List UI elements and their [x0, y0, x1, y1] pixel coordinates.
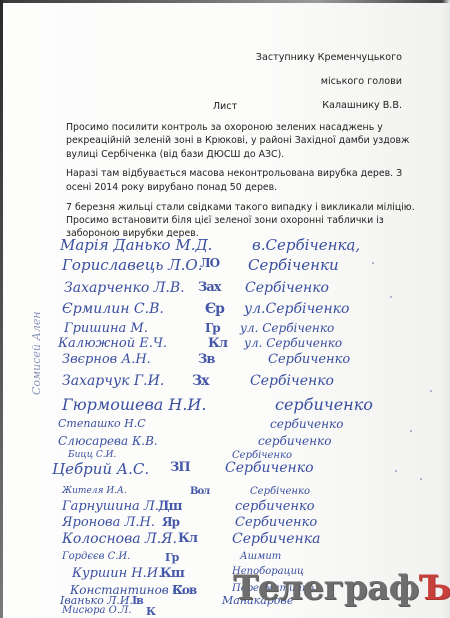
signature-mark: Ков — [172, 583, 196, 597]
signatory-name: Куршин Н.И. — [72, 566, 162, 581]
signatory-name: Єрмилин С.В. — [62, 301, 164, 317]
signature-mark: Ів — [132, 594, 143, 607]
signatory-name: Степашко Н.С — [58, 417, 146, 430]
signatory-street: Сербіченки — [248, 256, 339, 274]
signatory-name: Гориславець Л.О. — [62, 256, 202, 274]
signatory-street: Сербиченко — [235, 515, 317, 530]
signatory-street: ул. Сербіченко — [240, 321, 334, 335]
signature-mark: К — [146, 605, 155, 618]
signatory-name: Марія Данько М.Д. — [60, 236, 212, 254]
signatory-name: Калюжной Е.Ч. — [58, 336, 167, 351]
watermark-main: Телеграф — [233, 568, 419, 608]
signatory-name: Захарчук Г.И. — [62, 373, 164, 389]
signature-mark: Вол — [190, 486, 209, 497]
scan-speckle — [352, 250, 354, 252]
signatory-street: Сербиченко — [225, 460, 314, 476]
signature-mark: Гр — [205, 321, 220, 335]
signatory-name: Мисюра О.Л. — [62, 605, 132, 616]
signatory-street: Ашмит — [240, 551, 281, 562]
signature-mark: Зв — [198, 352, 214, 367]
signatory-name: Звєрнов А.Н. — [62, 352, 151, 367]
scan-speckle — [420, 478, 422, 480]
signatory-name: Слюсарева К.В. — [58, 434, 158, 448]
signature-mark: Гр — [165, 551, 178, 564]
margin-handwritten-note: Сомисей Ален — [30, 311, 43, 395]
signatory-street: Сербіченко — [250, 373, 334, 389]
signature-mark: Кл — [178, 531, 197, 546]
signature-list: Марія Данько М.Д. в.Сербіченка, Горислав… — [0, 0, 450, 618]
scan-speckle — [395, 470, 397, 472]
signatory-name: Яронова Л.Н. — [62, 515, 155, 530]
signatory-street: сербиченко — [275, 395, 373, 414]
signatory-street: сербиченко — [270, 417, 343, 431]
signatory-name: Колоснова Л.Я. — [62, 531, 177, 547]
signatory-name: Цебрий А.С. — [52, 460, 149, 478]
scan-speckle — [410, 430, 412, 432]
telegraf-watermark-logo: ТелеграфЪ — [233, 570, 450, 606]
signature-mark: ЛО — [200, 256, 219, 270]
signatory-street: Сербіченко — [245, 280, 329, 296]
signatory-street: сербиченко — [258, 434, 331, 448]
signatory-name: Жителя И.А. — [62, 486, 127, 496]
signatory-name: Захарченко Л.В. — [64, 280, 185, 296]
signature-mark: Зх — [192, 373, 208, 389]
scan-speckle — [372, 262, 374, 264]
signatory-street: Сербиченко — [268, 352, 350, 367]
signatory-street: Сербіченко — [250, 486, 310, 497]
watermark-accent: Ъ — [419, 568, 450, 608]
signatory-street: сербиченко — [235, 499, 315, 514]
scan-speckle — [390, 296, 392, 298]
signatory-street: ул. Сербиченко — [244, 336, 342, 350]
signatory-name: Гюрмошева Н.И. — [62, 395, 206, 414]
signatory-name: Бицц С.И. — [68, 450, 116, 460]
signatory-street: в.Сербіченка, — [252, 236, 360, 254]
signatory-name: Гордєєв С.И. — [62, 551, 130, 562]
signatory-name: Гарнушина Л.І. — [62, 499, 168, 514]
signature-mark: Єр — [205, 301, 224, 317]
scan-speckle — [430, 390, 432, 392]
signature-mark: Кш — [160, 566, 184, 581]
signatory-street: ул.Сербіченко — [244, 301, 349, 317]
signature-mark: Дш — [158, 499, 182, 514]
signature-mark: Кл — [208, 336, 227, 351]
signature-mark: Зах — [198, 280, 221, 295]
signatory-street: Сербиченка — [232, 531, 320, 547]
signature-mark: ЗП — [170, 460, 190, 475]
signatory-name: Гришина М. — [64, 321, 148, 336]
signature-mark: Яр — [162, 515, 179, 529]
